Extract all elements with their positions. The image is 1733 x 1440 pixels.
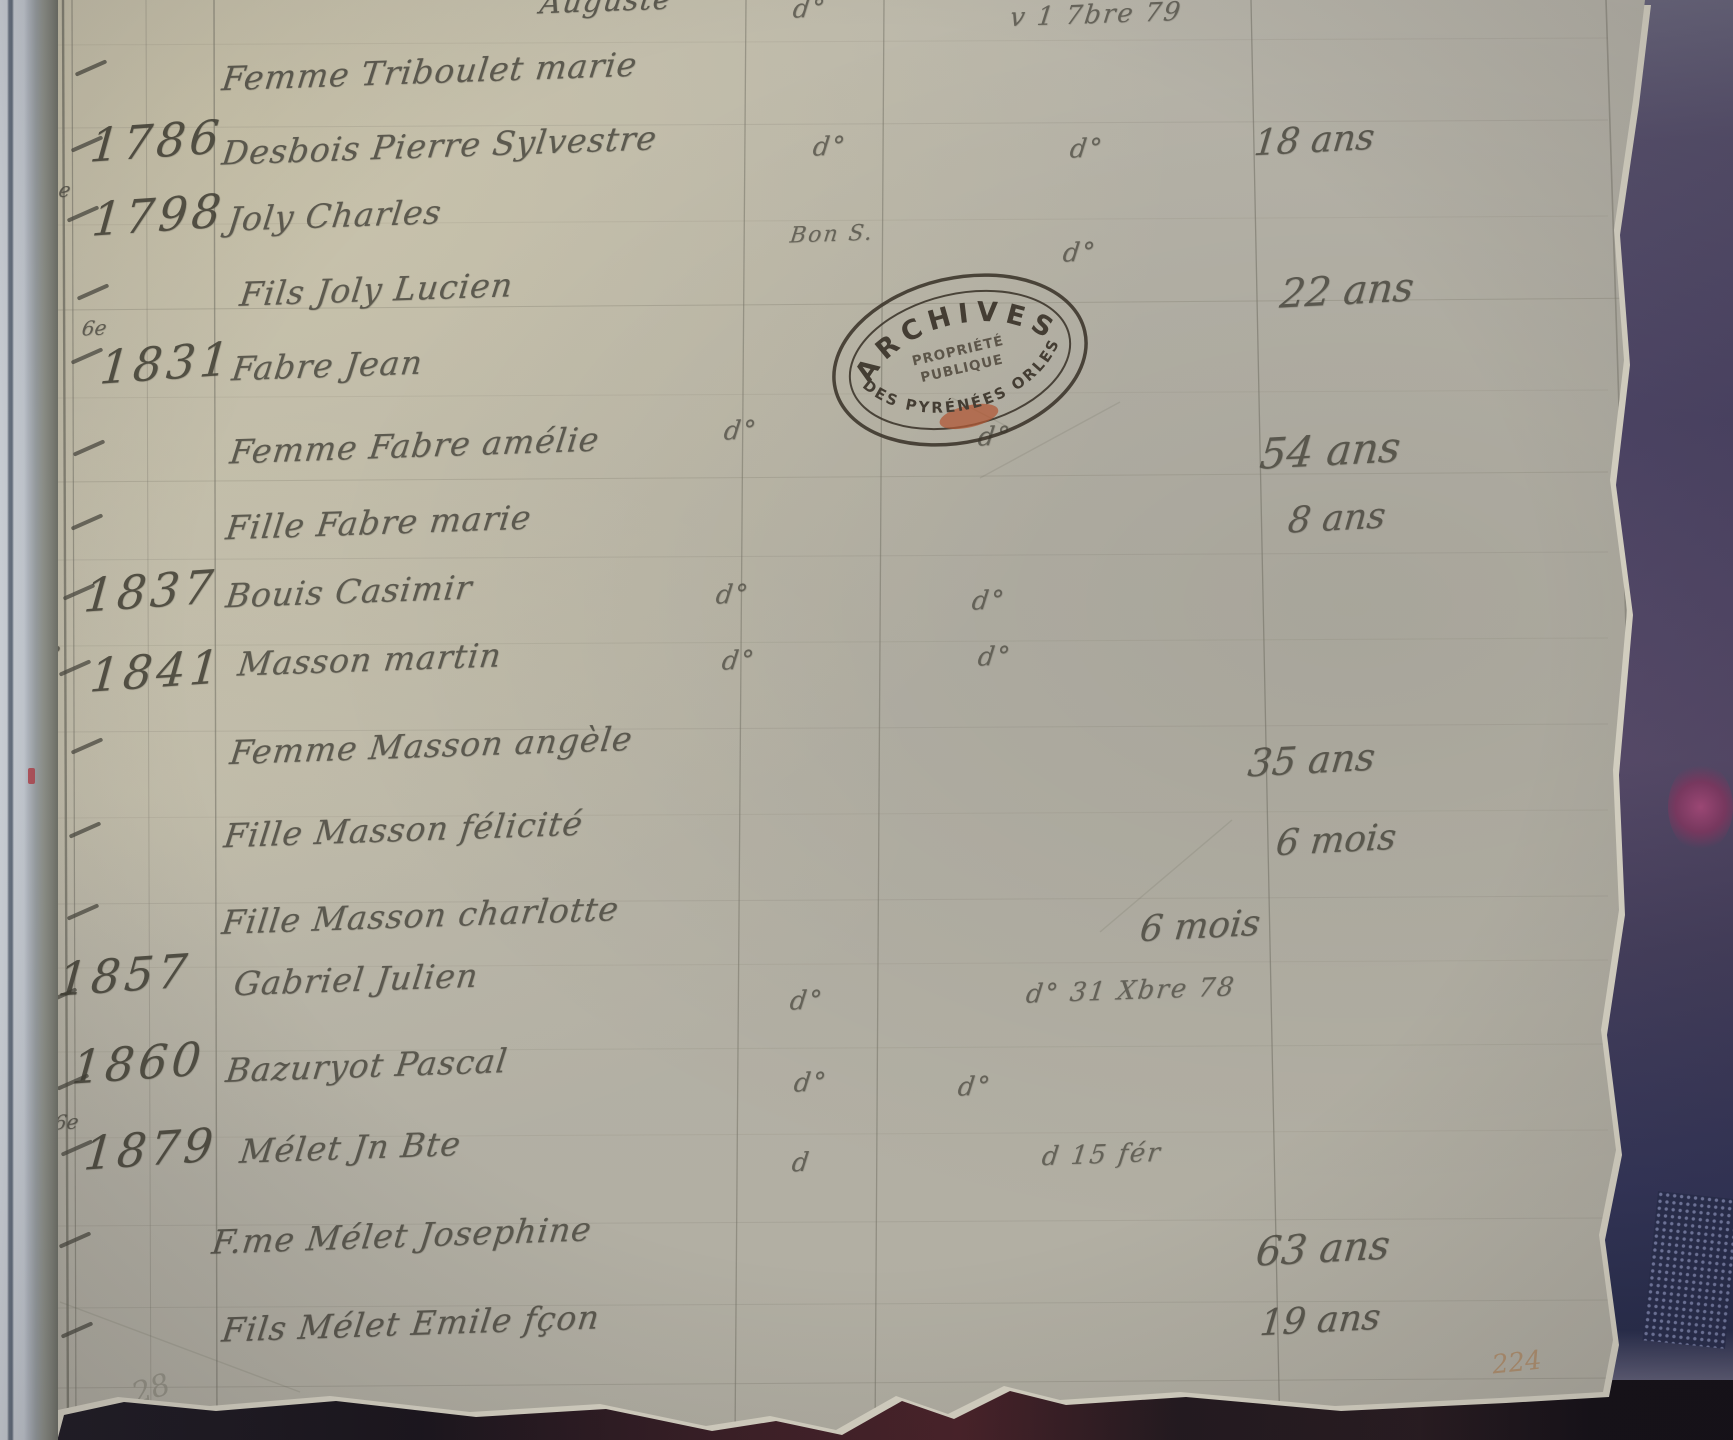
entry-age: 19 ans [1258, 1297, 1383, 1345]
book-edge-left [0, 0, 58, 1440]
margin-tick [59, 659, 92, 676]
entry-name: Femme Masson angèle [228, 719, 635, 772]
entry-age: 18 ans [1252, 117, 1377, 165]
margin-tick [59, 1231, 92, 1248]
entry-ditto-mark: v 1 7bre 79 [1008, 0, 1184, 33]
stamp-arc-bottom-text: DES PYRÉNÉES ORLES [857, 332, 1075, 437]
magenta-highlight [1668, 762, 1733, 852]
entry-name: Desbois Pierre Sylvestre [220, 118, 660, 172]
entry-ditto-mark: d° [792, 1067, 829, 1098]
entry-name: Joly Charles [226, 192, 444, 239]
entry-name: Fille Masson charlotte [220, 889, 622, 942]
margin-tick [77, 283, 110, 300]
entry-name: Masson martin [236, 635, 504, 683]
entry-ditto-mark: d° [722, 415, 759, 446]
entry-ditto-mark: d° [956, 1071, 993, 1102]
entry-name: Gabriel Julien [232, 956, 481, 1004]
entry-ditto-mark: d° [811, 131, 848, 162]
stamp-outer-ring [817, 251, 1103, 468]
entry-year: 1798 [90, 183, 228, 247]
archives-oval-stamp: ARCHIVES DES PYRÉNÉES ORLES PROPRIÉTÉ PU… [810, 255, 1110, 465]
entry-ditto-mark: d 15 fér [1040, 1138, 1163, 1172]
entry-name: Fille Fabre marie [224, 498, 534, 548]
entry-ditto-mark: d° [714, 579, 751, 610]
entry-ditto-mark: d° 31 Xbre 78 [1024, 972, 1237, 1009]
red-bookmark-speck [28, 768, 35, 784]
stamp-center-line1: PROPRIÉTÉ [910, 332, 1005, 370]
margin-tick [69, 821, 102, 838]
stamp-inner-ring [836, 270, 1084, 449]
entry-name: Bazuryot Pascal [224, 1041, 510, 1090]
margin-tick [75, 59, 108, 76]
margin-tick [61, 1321, 94, 1338]
entry-age: 8 ans [1286, 495, 1388, 541]
margin-tick [71, 513, 104, 530]
entry-name: Bouis Casimir [224, 568, 475, 616]
entry-name: Auguste [538, 0, 674, 21]
entry-ditto-mark: Bon S. [788, 220, 875, 248]
entry-ditto-mark: d° [970, 585, 1007, 616]
entry-age: 22 ans [1278, 264, 1416, 317]
entry-name: Fille Masson félicité [222, 804, 586, 856]
entry-year: 1860 [70, 1031, 208, 1095]
pencil-note-bottom-right: 224 [1491, 1345, 1544, 1380]
margin-tick [71, 737, 104, 754]
margin-tick [67, 903, 100, 920]
entry-name: Fils Mélet Emile fçon [220, 1297, 603, 1349]
entry-ditto-mark: d° [976, 641, 1013, 672]
stamp-arc-top-text: ARCHIVES [839, 276, 1069, 392]
entry-ditto-mark: d° [1068, 133, 1105, 164]
entry-age: 63 ans [1254, 1222, 1392, 1275]
entry-name: Fabre Jean [230, 343, 426, 389]
entry-year: 1786 [88, 109, 226, 173]
entry-year: 1857 [56, 943, 194, 1007]
entry-name: Femme Fabre amélie [228, 419, 602, 471]
entry-ditto-mark: d° [720, 645, 757, 676]
entry-age: 6 mois [1138, 903, 1262, 951]
entry-ditto-mark: d° [1061, 237, 1098, 268]
stamp-center-line2: PUBLIQUE [919, 351, 1005, 386]
entry-margin-note: 6e [81, 316, 109, 341]
halftone-pattern-corner [1642, 1191, 1733, 1349]
entry-age: 6 mois [1274, 817, 1398, 865]
entry-year: 1831 [98, 331, 236, 395]
entry-age: 54 ans [1258, 422, 1403, 479]
entry-year: 1879 [82, 1117, 220, 1181]
photographed-register-page: Augusted°v 1 7bre 79Femme Triboulet mari… [0, 0, 1733, 1440]
entry-ditto-mark: d [790, 1148, 812, 1179]
entry-age: 35 ans [1246, 735, 1378, 786]
entry-year: 1841 [88, 639, 226, 703]
entry-name: Femme Triboulet marie [220, 45, 640, 99]
margin-tick [73, 439, 106, 456]
entry-name: Mélet Jn Bte [238, 1124, 464, 1171]
margin-tick [71, 347, 104, 364]
entry-ditto-mark: d° [791, 0, 828, 25]
register-paper: Augusted°v 1 7bre 79Femme Triboulet mari… [0, 0, 1733, 1440]
entry-ditto-mark: d° [788, 985, 825, 1016]
entry-year: 1837 [82, 559, 220, 623]
entry-ditto-mark: d° [976, 421, 1013, 452]
entry-name: F.me Mélet Josephine [210, 1209, 595, 1261]
entry-name: Fils Joly Lucien [238, 265, 516, 314]
